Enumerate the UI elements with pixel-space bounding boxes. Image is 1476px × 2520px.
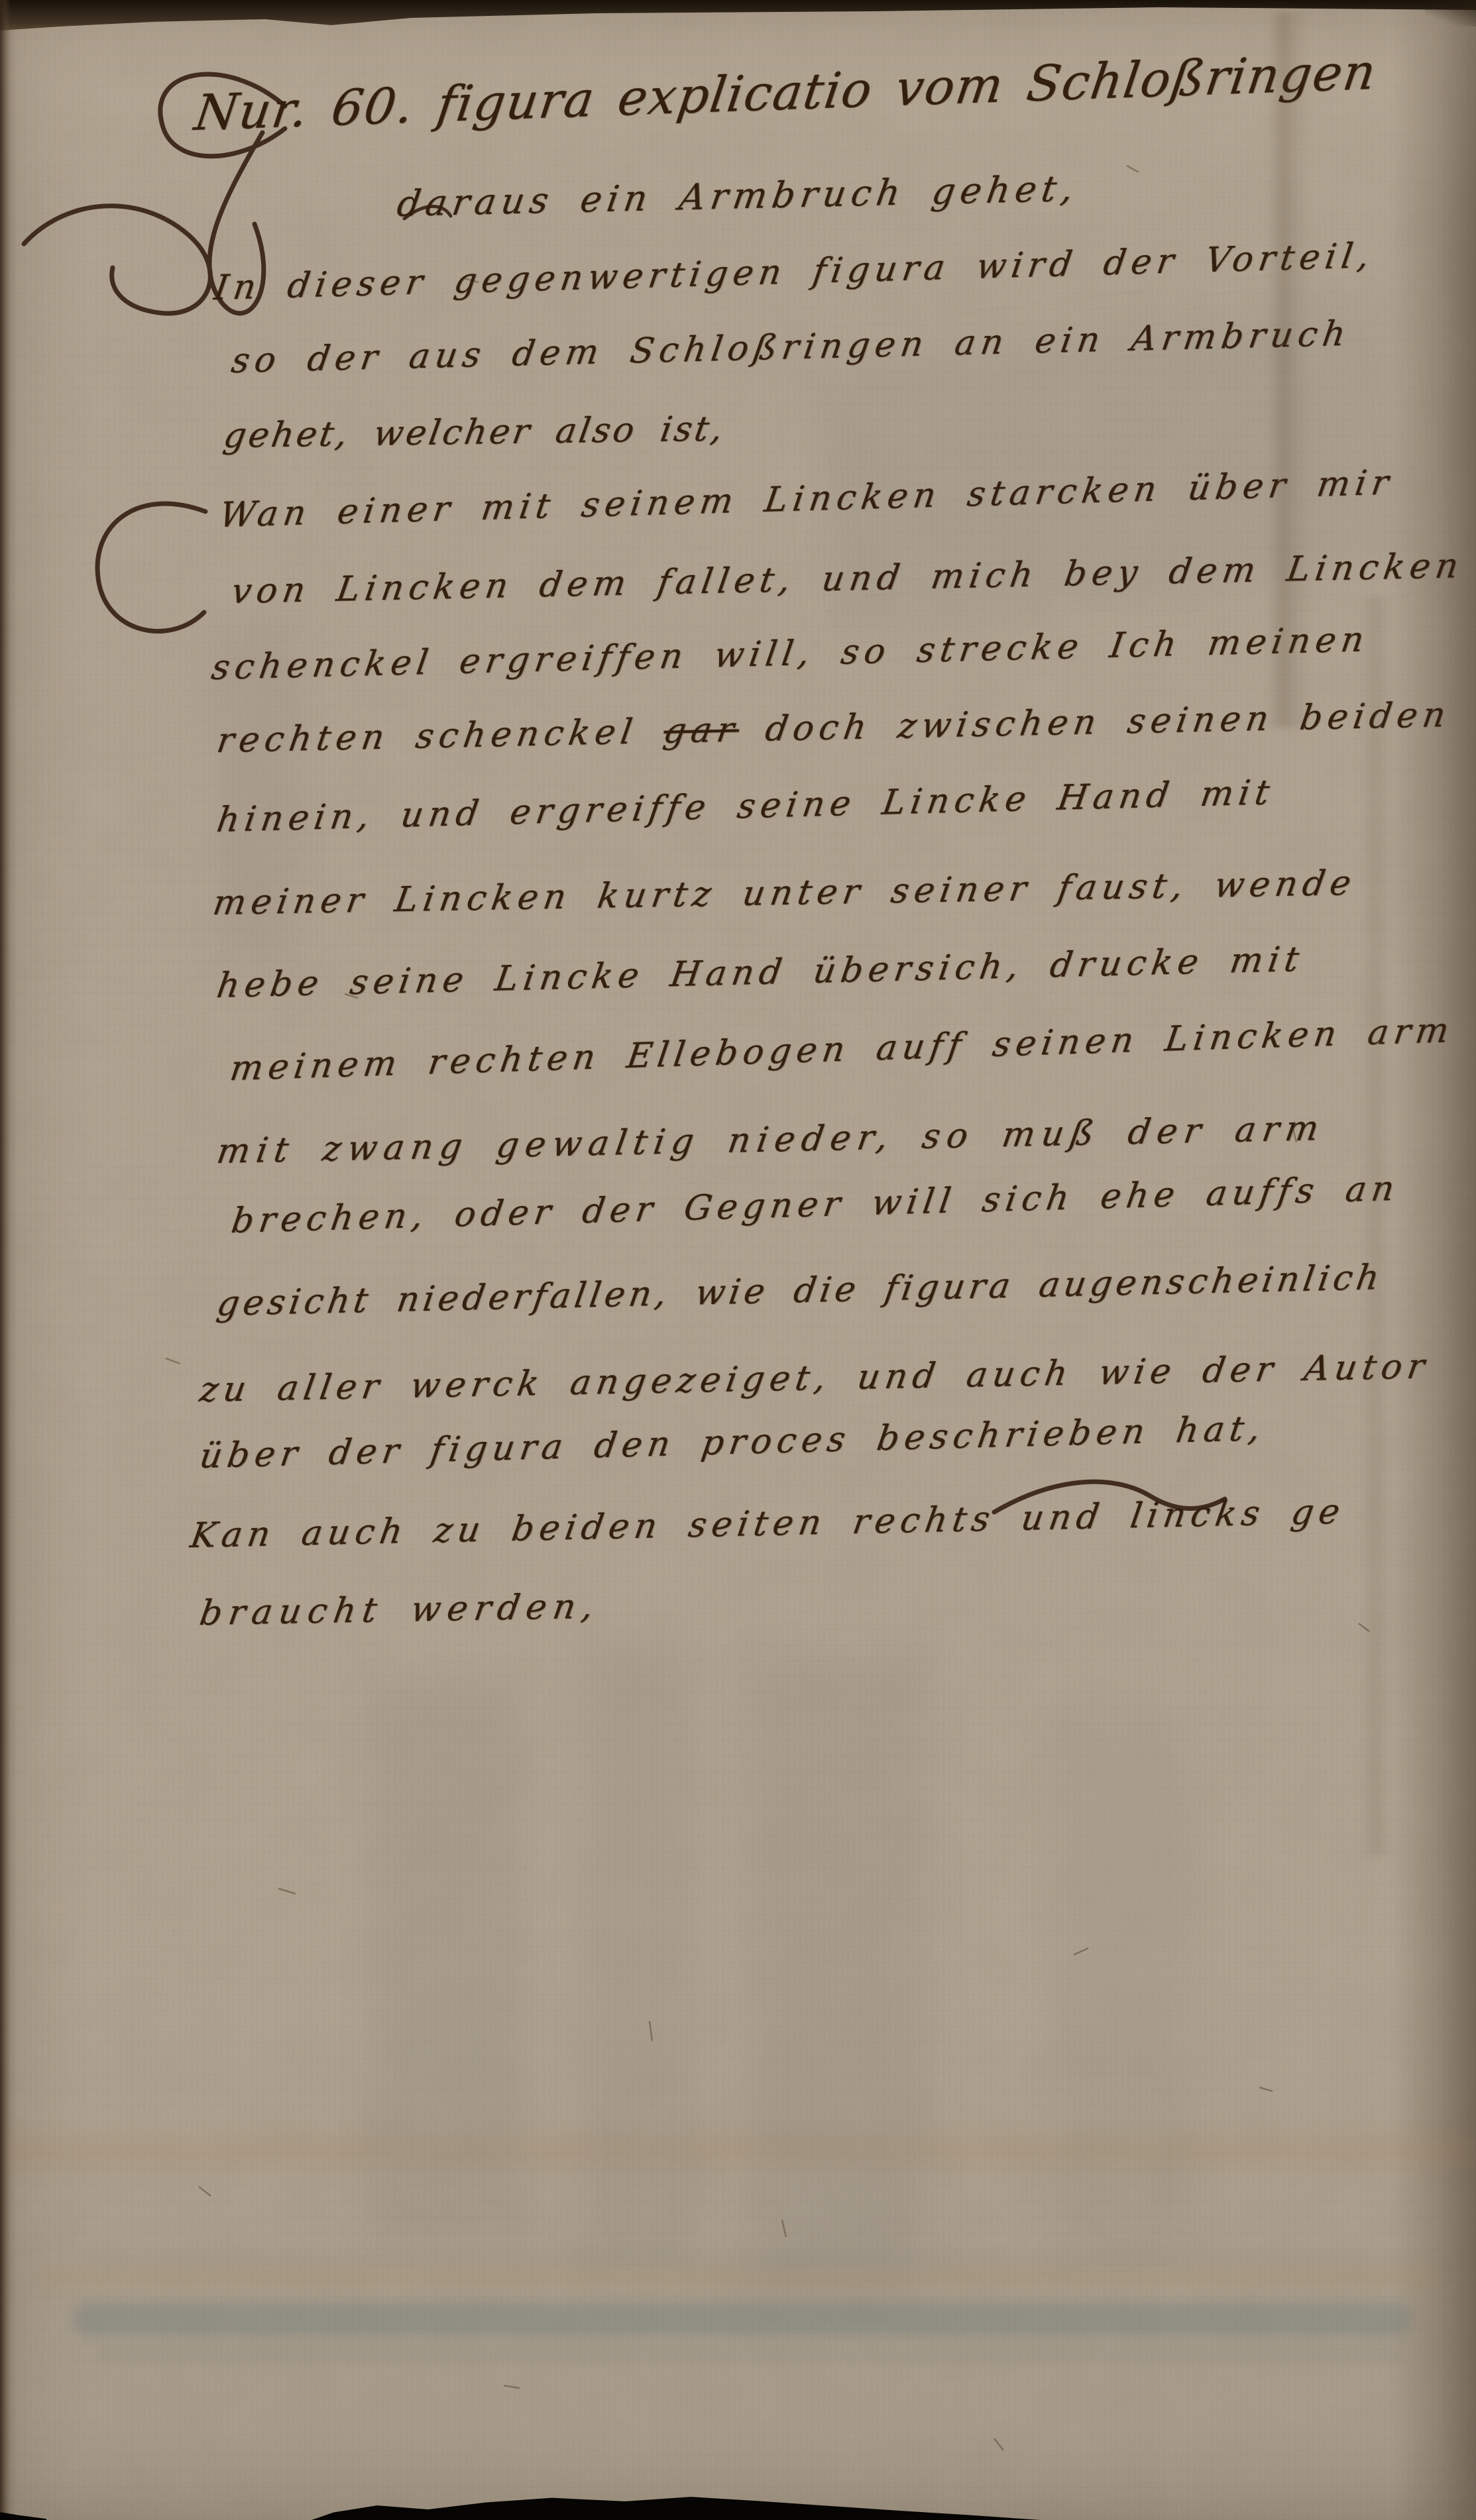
paper-crease — [1267, 12, 1310, 728]
blue-gray-stain-band — [99, 2347, 1398, 2362]
manuscript-page: Nur. 60. figura explicatio vom Schloßrin… — [0, 0, 1476, 2520]
deckle-edge-gap — [0, 2512, 46, 2520]
manuscript-line: gesicht niederfallen, wie die figura aug… — [214, 1258, 1386, 1324]
show-through-streak — [1054, 1710, 1193, 2253]
manuscript-line: zu aller werck angezeiget, und auch wie … — [197, 1346, 1432, 1410]
binding-edge — [0, 0, 11, 2520]
heading-number-title: Nur. 60. figura explicatio vom Schloßrin… — [191, 43, 1380, 142]
paragraph-initial-oval — [97, 504, 205, 631]
tan-stain-band — [0, 2135, 1476, 2167]
manuscript-line: über der figura den proces beschrieben h… — [197, 1409, 1268, 1476]
manuscript-line: gehet, welcher also ist, — [221, 409, 728, 456]
show-through-streak — [371, 1683, 524, 2240]
deckle-edge-gap — [312, 2495, 1041, 2520]
manuscript-line: In dieser gegenwertigen figura wird der … — [211, 236, 1377, 308]
scan-top-edge — [0, 0, 1476, 30]
manuscript-line: mit zwang gewaltig nieder, so muß der ar… — [214, 1109, 1328, 1172]
show-through-streak — [583, 1643, 696, 2266]
manuscript-line: so der aus dem Schloßringen an ein Armbr… — [229, 314, 1353, 381]
scan-corner-shadow — [1425, 0, 1476, 27]
manuscript-line: hinein, und ergreiffe seine Lincke Hand … — [214, 773, 1277, 840]
manuscript-line: Kan auch zu beiden seiten rechts und lin… — [188, 1492, 1347, 1556]
heading-subtitle: daraus ein Armbruch gehet, — [394, 168, 1082, 225]
manuscript-line: braucht werden, — [197, 1586, 602, 1633]
struck-out-word: gar — [661, 710, 742, 751]
manuscript-line: brechen, oder der Gegner will sich ehe a… — [229, 1169, 1402, 1241]
paper-crease — [1360, 596, 1391, 1855]
manuscript-line: hebe seine Lincke Hand übersich, drucke … — [214, 940, 1306, 1006]
manuscript-line: meiner Lincken kurtz unter seiner faust,… — [210, 863, 1359, 923]
heading-initial-left-arc — [24, 206, 210, 313]
gray-stain-band — [86, 2253, 1412, 2265]
manuscript-line: Wan einer mit seinem Lincken starcken üb… — [217, 463, 1396, 535]
manuscript-line: schenckel ergreiffen will, so strecke Ic… — [209, 620, 1371, 688]
show-through-streak — [749, 1657, 928, 2306]
blue-gray-stain-band — [73, 2302, 1412, 2336]
manuscript-line: meinem rechten Ellebogen auff seinen Lin… — [227, 1011, 1456, 1089]
tan-stain-band — [40, 2269, 1438, 2287]
